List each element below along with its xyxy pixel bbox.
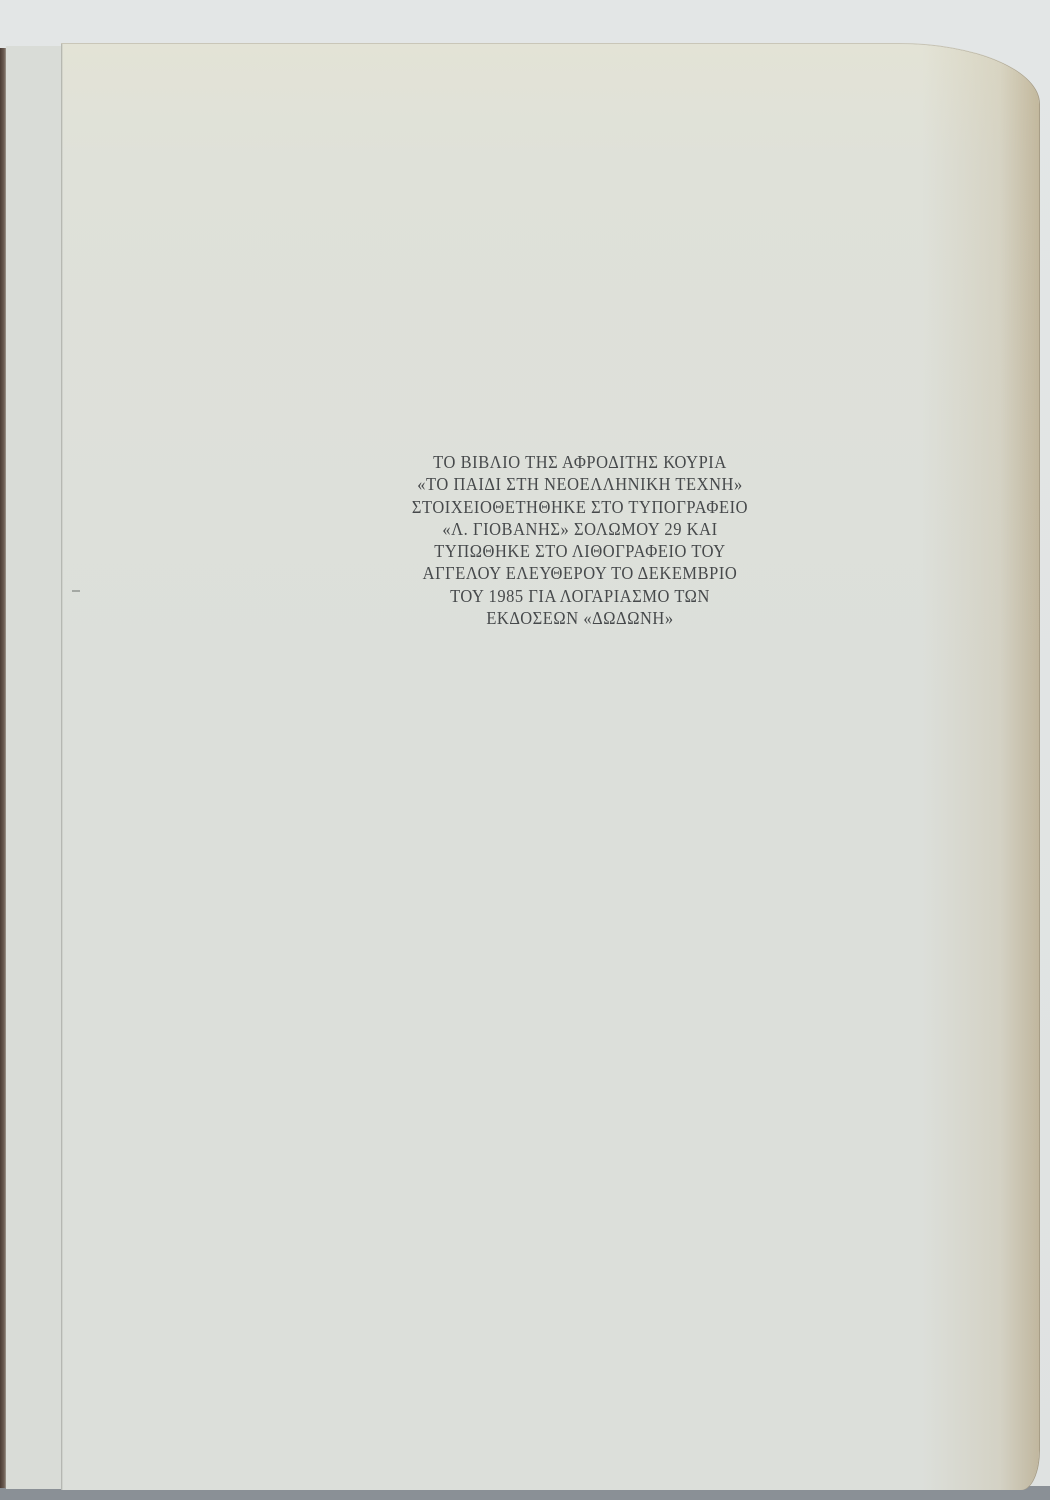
colophon-line: ΤΟ ΒΙΒΛΙΟ ΤΗΣ ΑΦΡΟΔΙΤΗΣ ΚΟΥΡΙΑ — [317, 451, 843, 473]
book-page — [61, 44, 1039, 1490]
colophon-line: ΑΓΓΕΛΟΥ ΕΛΕΥΘΕΡΟΥ ΤΟ ΔΕΚΕΜΒΡΙΟ — [317, 562, 843, 584]
page-mark — [72, 590, 80, 592]
underlying-page-edge — [6, 46, 67, 1489]
colophon-line: ΣΤΟΙΧΕΙΟΘΕΤΗΘΗΚΕ ΣΤΟ ΤΥΠΟΓΡΑΦΕΙΟ — [317, 496, 843, 518]
page-fold-shadow — [61, 44, 63, 1490]
colophon-line: «Λ. ΓΙΟΒΑΝΗΣ» ΣΟΛΩΜΟΥ 29 ΚΑΙ — [317, 518, 843, 540]
colophon-line: «ΤΟ ΠΑΙΔΙ ΣΤΗ ΝΕΟΕΛΛΗΝΙΚΗ ΤΕΧΝΗ» — [317, 473, 843, 495]
colophon-line: ΤΟΥ 1985 ΓΙΑ ΛΟΓΑΡΙΑΣΜΟ ΤΩΝ — [317, 585, 843, 607]
colophon-text: ΤΟ ΒΙΒΛΙΟ ΤΗΣ ΑΦΡΟΔΙΤΗΣ ΚΟΥΡΙΑ «ΤΟ ΠΑΙΔΙ… — [317, 451, 843, 629]
colophon-line: ΕΚΔΟΣΕΩΝ «ΔΩΔΩΝΗ» — [317, 607, 843, 629]
colophon-line: ΤΥΠΩΘΗΚΕ ΣΤΟ ΛΙΘΟΓΡΑΦΕΙΟ ΤΟΥ — [317, 540, 843, 562]
